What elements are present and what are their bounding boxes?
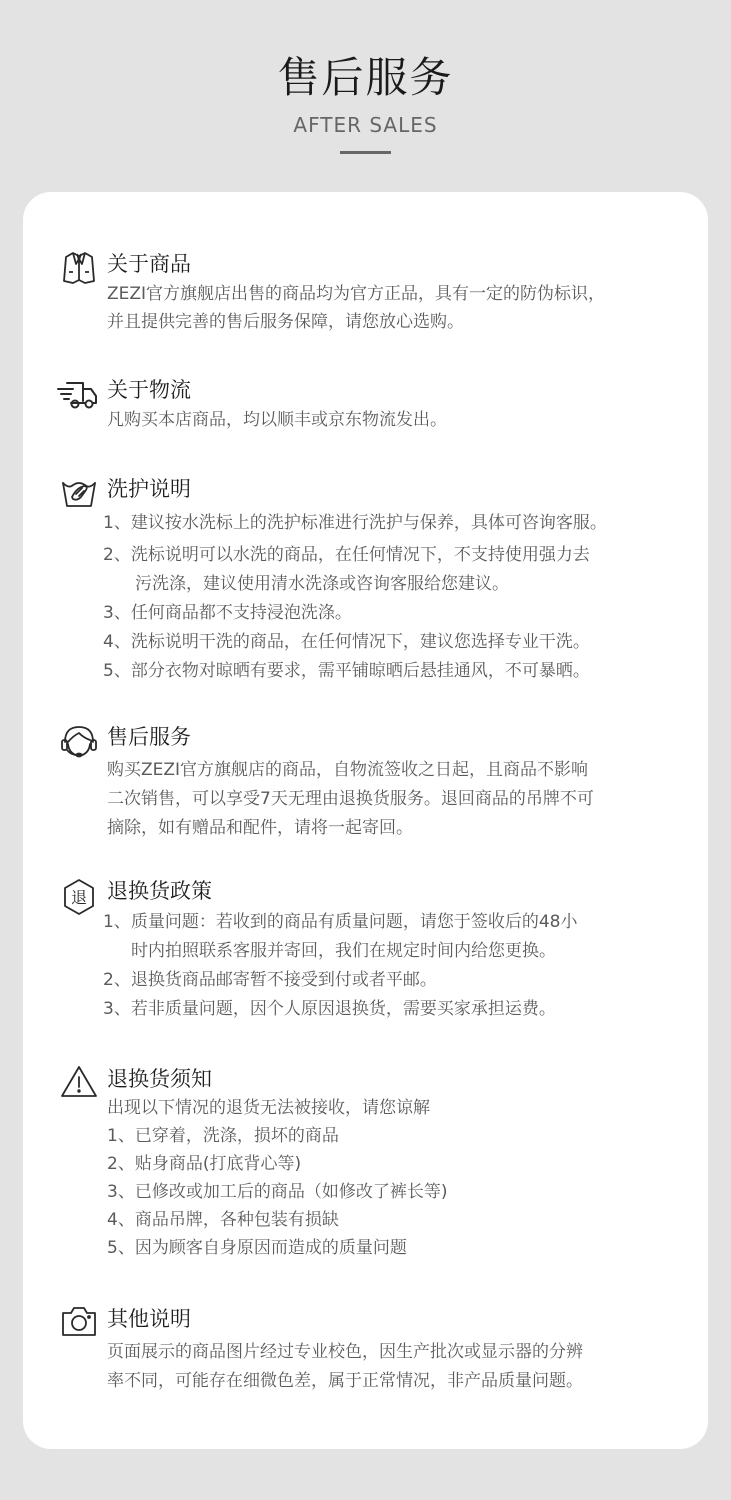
section-title: 退换货须知 (107, 1065, 212, 1093)
delivery-truck-icon (55, 373, 101, 413)
list-item: 1、质量问题：若收到的商品有质量问题，请您于签收后的48小 (103, 908, 688, 937)
body-line: 凡购买本店商品，均以顺丰或京东物流发出。 (107, 406, 688, 434)
list-item: 2、退换货商品邮寄暂不接受到付或者平邮。 (103, 966, 688, 995)
list-item: 5、因为顾客自身原因而造成的质量问题 (107, 1234, 688, 1262)
list-item-continuation: 时内拍照联系客服并寄回，我们在规定时间内给您更换。 (131, 937, 688, 966)
hand-wash-icon (59, 473, 99, 513)
list-item: 5、部分衣物对晾晒有要求，需平铺晾晒后悬挂通风，不可暴晒。 (103, 657, 688, 686)
section-title: 洗护说明 (107, 475, 191, 503)
body-line: 率不同，可能存在细微色差，属于正常情况，非产品质量问题。 (107, 1367, 688, 1396)
title-underline-divider (340, 151, 391, 154)
section-body: 1、质量问题：若收到的商品有质量问题，请您于签收后的48小 时内拍照联系客服并寄… (107, 908, 688, 1024)
page-title: 售后服务 (0, 50, 731, 106)
section-body: 1、建议按水洗标上的洗护标准进行洗护与保养，具体可咨询客服。 2、洗标说明可以水… (107, 509, 688, 686)
list-item: 2、贴身商品(打底背心等) (107, 1150, 688, 1178)
body-line: 并且提供完善的售后服务保障，请您放心选购。 (107, 308, 688, 336)
list-item: 3、已修改或加工后的商品（如修改了裤长等) (107, 1178, 688, 1206)
section-title: 退换货政策 (107, 877, 212, 905)
page-subtitle: AFTER SALES (0, 112, 731, 138)
list-item: 1、已穿着，洗涤，损坏的商品 (107, 1122, 688, 1150)
body-line: 购买ZEZI官方旗舰店的商品，自物流签收之日起，且商品不影响 (107, 756, 688, 785)
section-title: 售后服务 (107, 723, 191, 751)
customer-service-headset-icon (59, 722, 99, 762)
warning-triangle-icon (59, 1061, 99, 1101)
list-item: 3、任何商品都不支持浸泡洗涤。 (103, 599, 688, 628)
section-body: ZEZI官方旗舰店出售的商品均为官方正品，具有一定的防伪标识， 并且提供完善的售… (107, 280, 688, 336)
body-line: 二次销售，可以享受7天无理由退换货服务。退回商品的吊牌不可 (107, 785, 688, 814)
section-body: 凡购买本店商品，均以顺丰或京东物流发出。 (107, 406, 688, 434)
suit-icon (59, 248, 99, 288)
list-item: 4、洗标说明干洗的商品，在任何情况下，建议您选择专业干洗。 (103, 628, 688, 657)
section-body: 页面展示的商品图片经过专业校色，因生产批次或显示器的分辨 率不同，可能存在细微色… (107, 1338, 688, 1396)
camera-icon (59, 1301, 99, 1341)
section-body: 购买ZEZI官方旗舰店的商品，自物流签收之日起，且商品不影响 二次销售，可以享受… (107, 756, 688, 843)
list-item: 1、建议按水洗标上的洗护标准进行洗护与保养，具体可咨询客服。 (103, 509, 688, 538)
body-line: 摘除，如有赠品和配件，请将一起寄回。 (107, 814, 688, 843)
svg-text:退: 退 (71, 888, 87, 907)
list-item: 2、洗标说明可以水洗的商品，在任何情况下，不支持使用强力去 (103, 541, 688, 570)
section-title: 关于商品 (107, 250, 191, 278)
after-sales-card: 关于商品 ZEZI官方旗舰店出售的商品均为官方正品，具有一定的防伪标识， 并且提… (23, 192, 708, 1449)
section-title: 关于物流 (107, 376, 191, 404)
return-hexagon-icon: 退 (59, 877, 99, 917)
body-line: 出现以下情况的退货无法被接收，请您谅解 (107, 1094, 688, 1122)
list-item: 3、若非质量问题，因个人原因退换货，需要买家承担运费。 (103, 995, 688, 1024)
list-item-continuation: 污洗涤，建议使用清水洗涤或咨询客服给您建议。 (135, 570, 688, 599)
body-line: ZEZI官方旗舰店出售的商品均为官方正品，具有一定的防伪标识， (107, 280, 688, 308)
list-item: 4、商品吊牌，各种包装有损缺 (107, 1206, 688, 1234)
body-line: 页面展示的商品图片经过专业校色，因生产批次或显示器的分辨 (107, 1338, 688, 1367)
section-body: 出现以下情况的退货无法被接收，请您谅解 1、已穿着，洗涤，损坏的商品 2、贴身商… (107, 1094, 688, 1262)
section-title: 其他说明 (107, 1305, 191, 1333)
